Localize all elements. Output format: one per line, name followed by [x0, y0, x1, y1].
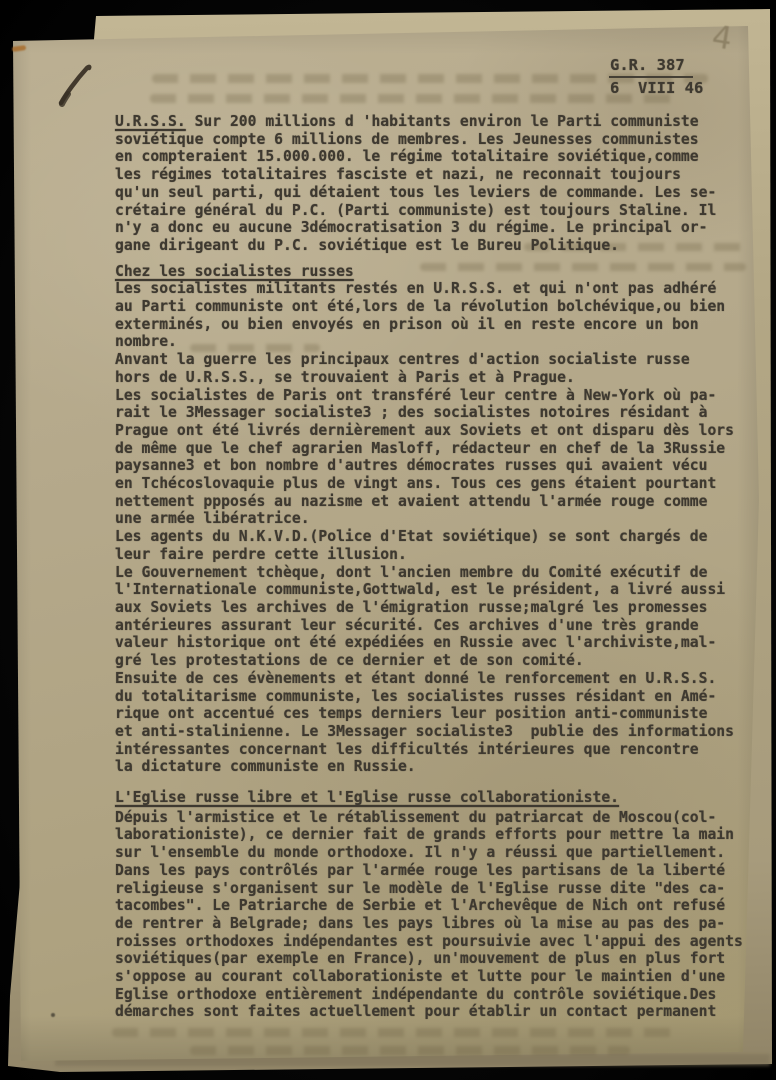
document-body: U.R.S.S. Sur 200 millions d 'habitants e…: [115, 113, 763, 1021]
paragraph-socialistes-1: Les socialistes militants restés en U.R.…: [115, 280, 763, 351]
paragraph-socialistes-6: Ensuite de ces évènements et étant donné…: [115, 670, 763, 776]
handwritten-page-number: 4: [709, 19, 754, 61]
document-date: 6 VIII 46: [609, 78, 703, 98]
urss-paragraph-text: Sur 200 millions d 'habitants environ le…: [115, 113, 716, 254]
section-heading-eglise: L'Eglise russe libre et l'Eglise russe c…: [115, 789, 763, 807]
paragraph-socialistes-3: Les socialistes de Paris ont transféré l…: [115, 387, 763, 529]
paragraph-socialistes-5: Le Gouvernement tchèque, dont l'ancien m…: [115, 564, 763, 670]
paragraph-urss: U.R.S.S. Sur 200 millions d 'habitants e…: [115, 113, 763, 255]
reference-number: G.R. 387: [609, 55, 693, 78]
document-scan: 4 G.R. 387 6 VIII 46 U.R.S.S. Sur 200 mi…: [0, 0, 776, 1080]
section-heading-socialistes: Chez les socialistes russes: [115, 263, 763, 281]
urss-lead-underlined: U.R.S.S.: [115, 113, 186, 130]
paragraph-eglise-1: Dépuis l'armistice et le rétablissement …: [115, 809, 763, 1021]
paragraph-socialistes-4: Les agents du N.K.V.D.(Police d'Etat sov…: [115, 528, 763, 563]
document-header: G.R. 387 6 VIII 46: [609, 55, 703, 98]
paragraph-socialistes-2: Anvant la guerre les principaux centres …: [115, 351, 763, 386]
